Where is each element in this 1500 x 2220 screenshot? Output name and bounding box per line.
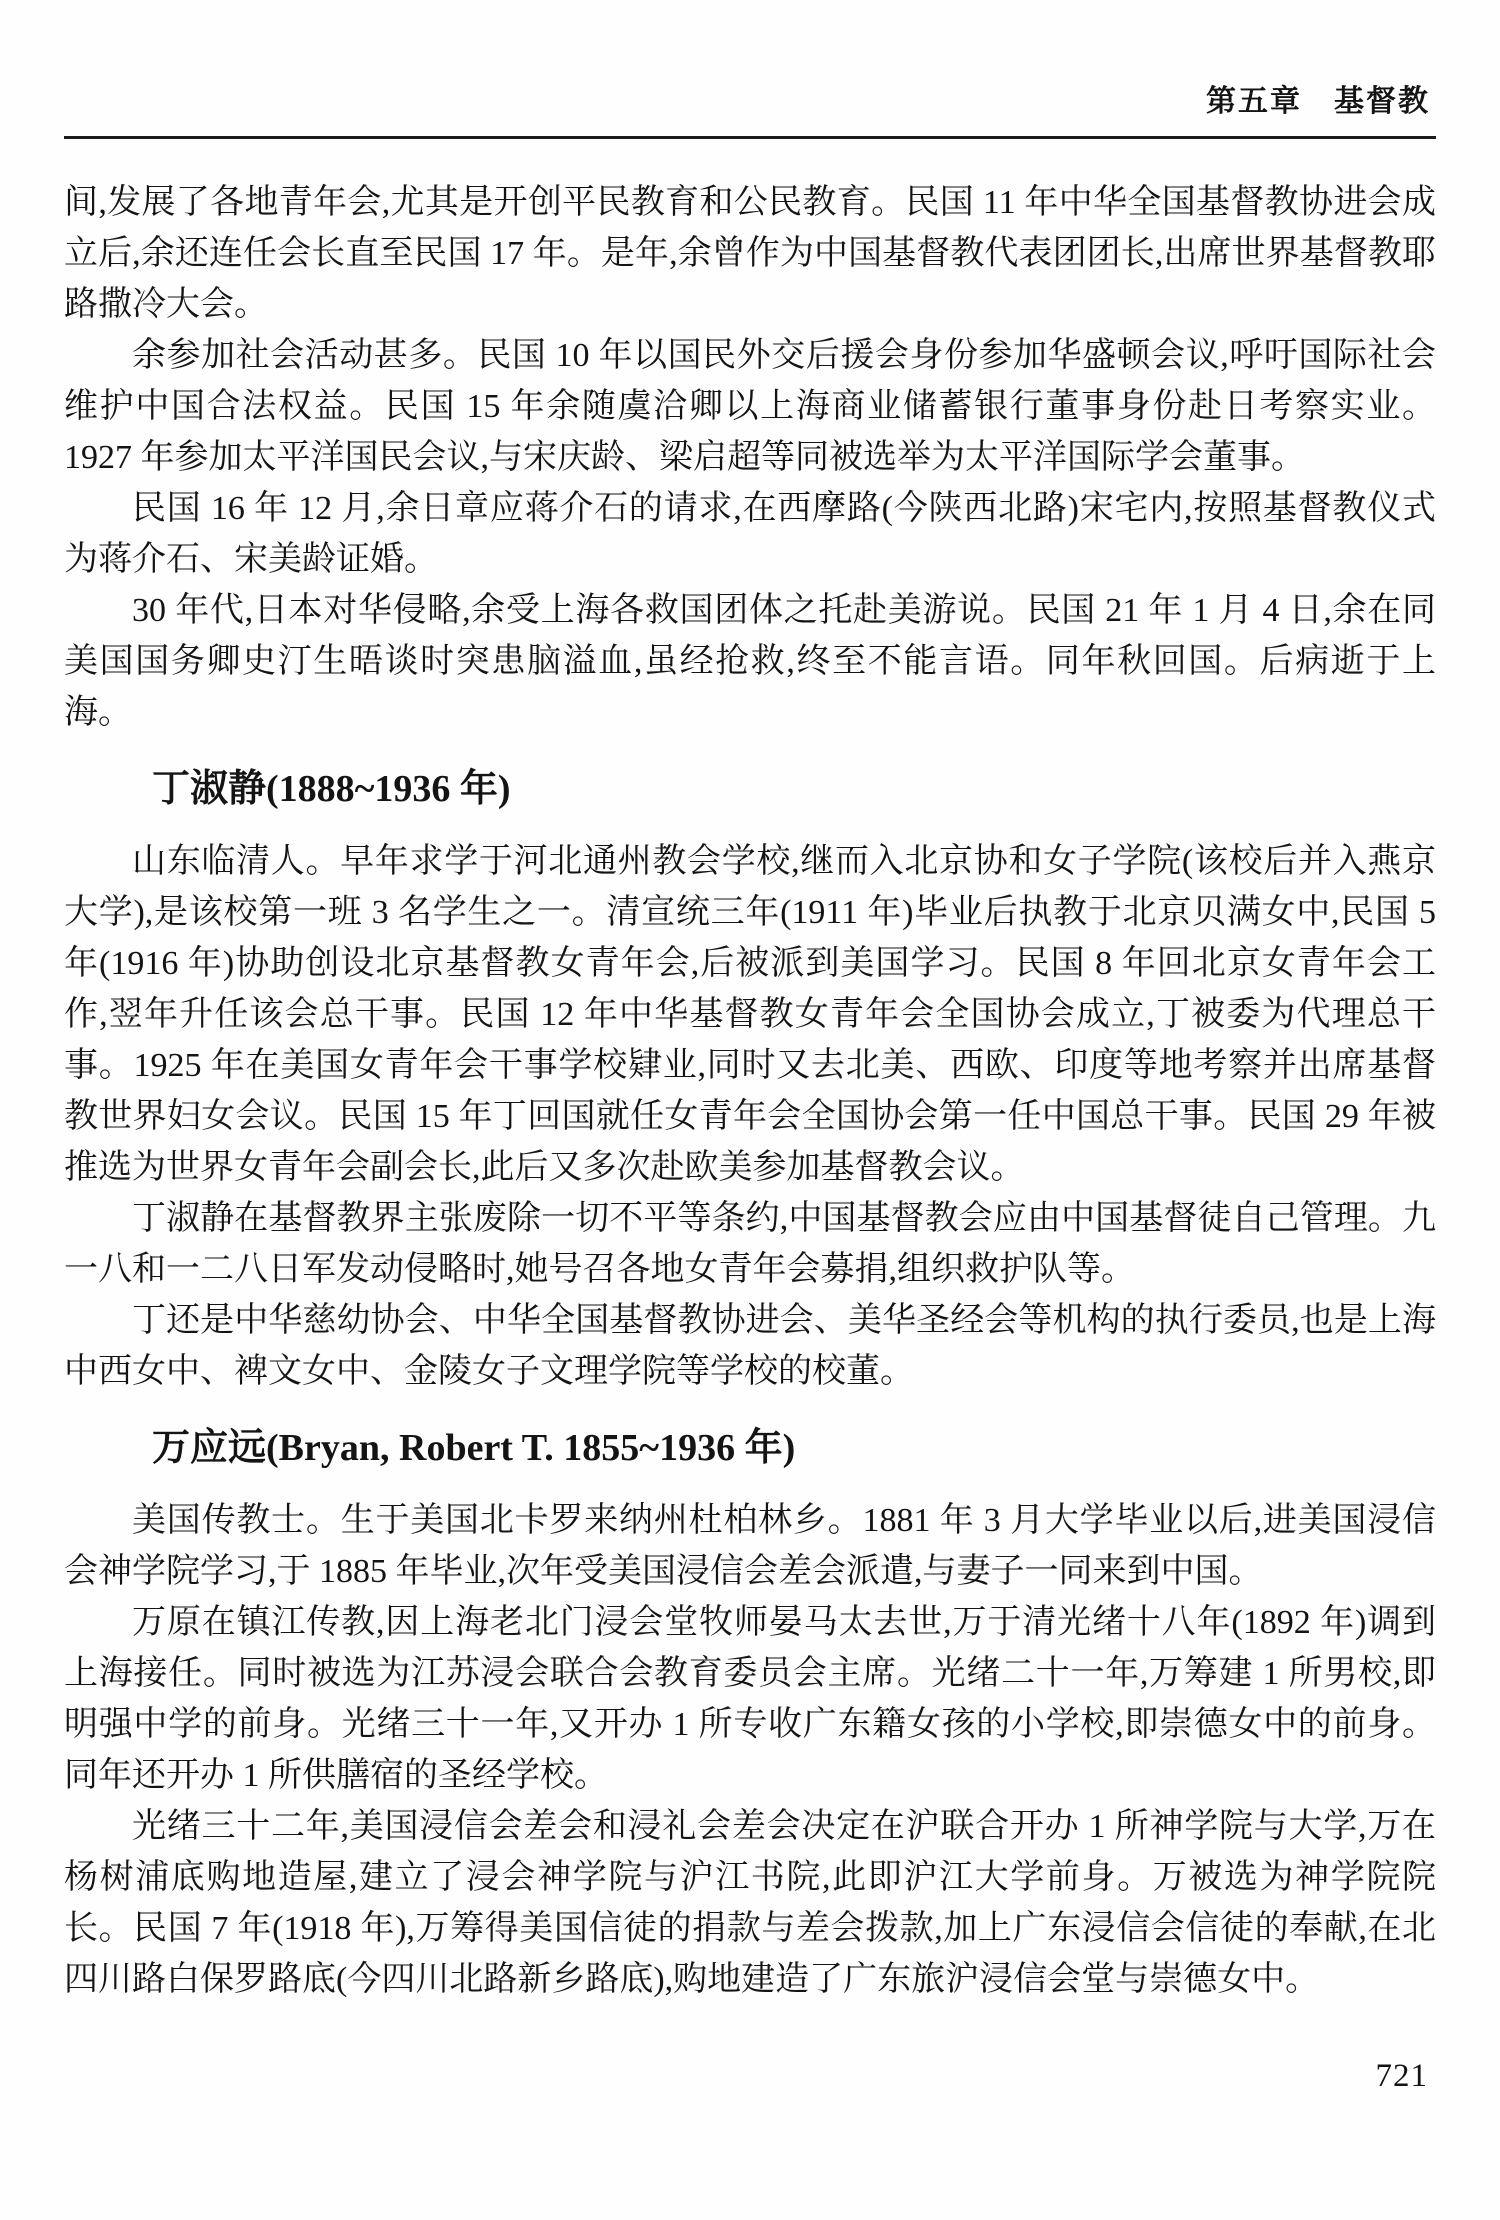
entry-heading-wan-yingyuan: 万应远(Bryan, Robert T. 1855~1936 年) bbox=[152, 1425, 1436, 1471]
paragraph-yu-richang-continuation: 间,发展了各地青年会,尤其是开创平民教育和公民教育。民国 11 年中华全国基督教… bbox=[64, 177, 1436, 330]
page-number: 721 bbox=[1376, 2058, 1429, 2095]
paragraph-yu-social-activities: 余参加社会活动甚多。民国 10 年以国民外交后援会身份参加华盛顿会议,呼吁国际社… bbox=[64, 330, 1436, 483]
paragraph-wan-seminary-university: 光绪三十二年,美国浸信会差会和浸礼会差会决定在沪联合开办 1 所神学院与大学,万… bbox=[64, 1801, 1436, 2005]
header-divider bbox=[64, 136, 1436, 139]
paragraph-ding-biography: 山东临清人。早年求学于河北通州教会学校,继而入北京协和女子学院(该校后并入燕京大… bbox=[64, 836, 1436, 1193]
paragraph-yu-wedding-officiant: 民国 16 年 12 月,余日章应蒋介石的请求,在西摩路(今陕西北路)宋宅内,按… bbox=[64, 483, 1436, 585]
running-header: 第五章 基督教 bbox=[64, 76, 1436, 120]
book-page: 第五章 基督教 间,发展了各地青年会,尤其是开创平民教育和公民教育。民国 11 … bbox=[0, 0, 1500, 2220]
paragraph-wan-early-life: 美国传教士。生于美国北卡罗来纳州杜柏林乡。1881 年 3 月大学毕业以后,进美… bbox=[64, 1495, 1436, 1597]
entry-heading-ding-shujing: 丁淑静(1888~1936 年) bbox=[152, 766, 1436, 812]
page-body: 间,发展了各地青年会,尤其是开创平民教育和公民教育。民国 11 年中华全国基督教… bbox=[64, 177, 1436, 2005]
paragraph-wan-shanghai-ministry: 万原在镇江传教,因上海老北门浸会堂牧师晏马太去世,万于清光绪十八年(1892 年… bbox=[64, 1597, 1436, 1801]
paragraph-yu-final-years: 30 年代,日本对华侵略,余受上海各救国团体之托赴美游说。民国 21 年 1 月… bbox=[64, 585, 1436, 738]
chapter-title: 第五章 基督教 bbox=[1206, 85, 1430, 118]
paragraph-ding-advocacy: 丁淑静在基督教界主张废除一切不平等条约,中国基督教会应由中国基督徒自己管理。九一… bbox=[64, 1193, 1436, 1295]
paragraph-ding-committees: 丁还是中华慈幼协会、中华全国基督教协进会、美华圣经会等机构的执行委员,也是上海中… bbox=[64, 1295, 1436, 1397]
